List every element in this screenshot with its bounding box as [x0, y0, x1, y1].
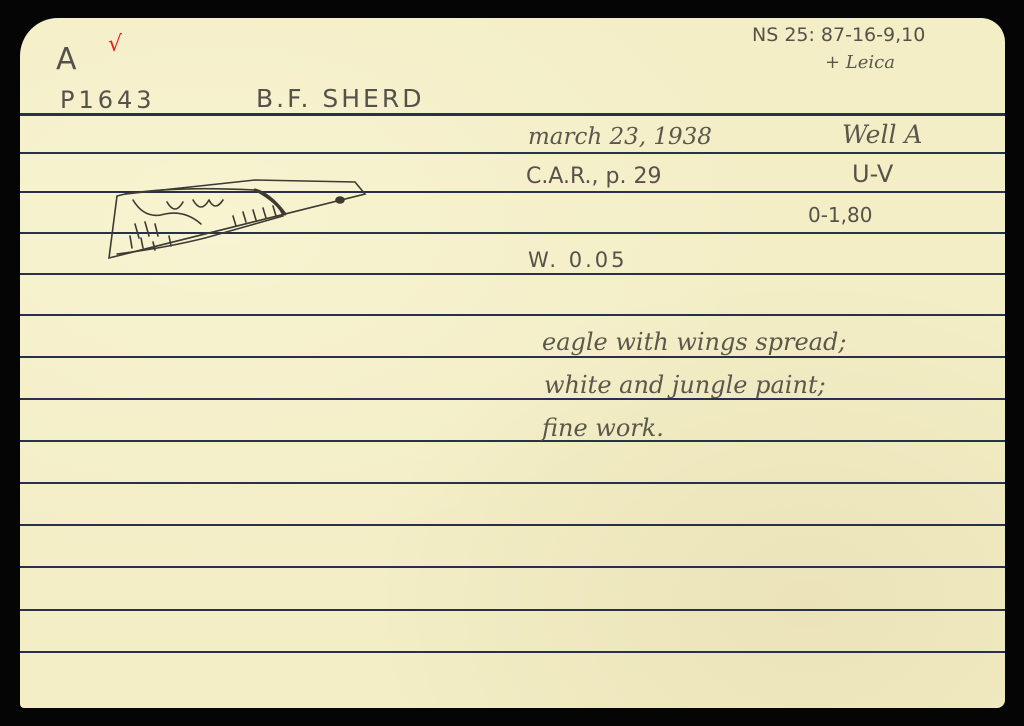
description-line: white and jungle paint;: [544, 371, 826, 399]
ruled-line: [20, 152, 1005, 154]
publication-reference: C.A.R., p. 29: [526, 164, 661, 189]
catalog-number: P1643: [60, 86, 156, 114]
ruled-line: [20, 482, 1005, 484]
ruled-line: [20, 524, 1005, 526]
object-title: B.F. SHERD: [256, 84, 424, 113]
ruled-line: [20, 398, 1005, 400]
ruled-line: [20, 440, 1005, 442]
sherd-sketch-icon: [105, 176, 385, 266]
description-line: eagle with wings spread;: [542, 328, 846, 356]
ruled-line: [20, 356, 1005, 358]
ns-addition: + Leica: [825, 52, 895, 73]
layer: U-V: [852, 160, 893, 188]
catalog-card: A √ P1643 B.F. SHERD NS 25: 87-16-9,10 +…: [20, 18, 1005, 708]
find-date: march 23, 1938: [528, 124, 712, 150]
description-line: fine work.: [542, 414, 664, 442]
ruled-line: [20, 566, 1005, 568]
ns-reference: NS 25: 87-16-9,10: [752, 24, 925, 46]
ruled-line: [20, 273, 1005, 275]
find-location: Well A: [842, 120, 922, 149]
section-letter: A: [56, 42, 77, 77]
ruled-line: [20, 651, 1005, 653]
depth: 0-1,80: [808, 203, 872, 227]
ruled-line: [20, 113, 1005, 116]
ruled-line: [20, 609, 1005, 611]
check-mark-icon: √: [108, 32, 122, 57]
dimension: W. 0.05: [528, 248, 627, 272]
ruled-line: [20, 314, 1005, 316]
